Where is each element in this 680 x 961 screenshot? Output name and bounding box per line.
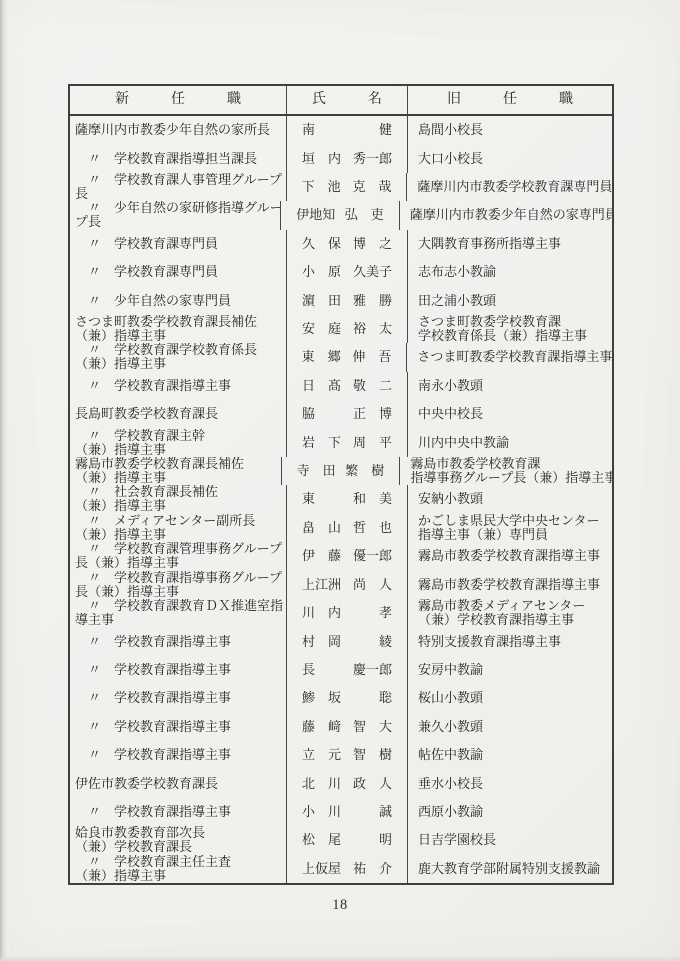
header-cell-old-position: 旧 任 職 <box>408 86 612 114</box>
given-name: 慶一郎 <box>353 663 392 677</box>
old-position-cell: 垂水小校長 <box>408 769 612 797</box>
table-row: 長島町教委学校教育課長脇正 博中央中校長 <box>70 400 612 428</box>
old-position-cell: 安房中教諭 <box>408 656 612 684</box>
table-row: 〃 学校教育課専門員久 保博 之大隅教育事務所指導主事 <box>70 230 612 258</box>
new-position-cell: 〃 学校教育課管理事務グループ 長（兼）指導主事 <box>70 542 286 570</box>
name-cell: 村 岡綾 <box>286 627 408 655</box>
name-cell: 畠 山哲 也 <box>286 514 408 542</box>
family-name: 上江洲 <box>302 578 341 592</box>
old-position-cell: 霧島市教委学校教育課指導主事 <box>408 542 612 570</box>
given-name: 裕 太 <box>353 322 392 336</box>
old-position-cell: 霧島市教委学校教育課指導主事 <box>408 571 612 599</box>
name-cell: 垣 内秀一郎 <box>286 144 408 172</box>
old-position-cell: 桜山小教頭 <box>408 684 612 712</box>
new-position-cell: 〃 学校教育課指導事務グループ 長（兼）指導主事 <box>70 571 286 599</box>
family-name: 長 <box>302 663 315 677</box>
name-cell: 寺 田繁 樹 <box>281 457 401 485</box>
given-name: 雅 勝 <box>353 294 392 308</box>
table-row: 〃 少年自然の家専門員濵 田雅 勝田之浦小教頭 <box>70 286 612 314</box>
name-cell: 伊 藤優一郎 <box>286 542 408 570</box>
given-name: 健 <box>379 123 392 137</box>
given-name: 明 <box>379 833 392 847</box>
table-row: 伊佐市教委学校教育課長北 川政 人垂水小校長 <box>70 769 612 797</box>
table-row: 〃 学校教育課専門員小 原久美子志布志小教諭 <box>70 258 612 286</box>
family-name: 川 内 <box>302 606 341 620</box>
name-cell: 藤 﨑智 大 <box>286 713 408 741</box>
new-position-cell: 〃 学校教育課指導主事 <box>70 798 286 826</box>
given-name: 繁 樹 <box>345 464 384 478</box>
new-position-cell: 〃 メディアセンター副所長 （兼）指導主事 <box>70 514 286 542</box>
new-position-cell: 〃 学校教育課指導主事 <box>70 741 286 769</box>
family-name: 立 元 <box>302 748 341 762</box>
family-name: 東 <box>302 492 315 506</box>
name-cell: 日 髙敬 二 <box>286 372 408 400</box>
given-name: 優一郎 <box>353 549 392 563</box>
name-cell: 南健 <box>286 116 408 144</box>
given-name: 尚 人 <box>353 578 392 592</box>
table-row: 〃 学校教育課指導主事立 元智 樹帖佐中教諭 <box>70 741 612 769</box>
given-name: 孝 <box>379 606 392 620</box>
table-row: 霧島市教委学校教育課長補佐 （兼）指導主事寺 田繁 樹霧島市教委学校教育課 指導… <box>70 457 612 485</box>
family-name: 下 池 <box>302 180 341 194</box>
table-row: 〃 学校教育課学校教育係長 （兼）指導主事東 郷伸 吾さつま町教委学校教育課指導… <box>70 343 612 371</box>
new-position-cell: 〃 学校教育課学校教育係長 （兼）指導主事 <box>70 343 286 371</box>
old-position-cell: 西原小教諭 <box>408 798 612 826</box>
old-position-cell: 帖佐中教諭 <box>408 741 612 769</box>
table-row: 〃 学校教育課指導事務グループ 長（兼）指導主事上江洲尚 人霧島市教委学校教育課… <box>70 571 612 599</box>
name-cell: 上江洲尚 人 <box>286 571 408 599</box>
given-name: 秀一郎 <box>353 152 392 166</box>
new-position-cell: 〃 少年自然の家専門員 <box>70 286 286 314</box>
family-name: 伊地知 <box>296 208 335 222</box>
name-cell: 伊地知弘 吏 <box>280 201 400 229</box>
family-name: 村 岡 <box>302 635 341 649</box>
family-name: 藤 﨑 <box>302 720 341 734</box>
old-position-cell: 安納小教頭 <box>408 485 612 513</box>
table-row: 〃 メディアセンター副所長 （兼）指導主事畠 山哲 也かごしま県民大学中央センタ… <box>70 514 612 542</box>
name-cell: 下 池克 哉 <box>286 173 408 201</box>
name-cell: 上仮屋祐 介 <box>286 855 408 883</box>
old-position-cell: さつま町教委学校教育課 学校教育係長（兼）指導主事 <box>408 315 612 343</box>
family-name: 東 郷 <box>302 350 341 364</box>
table-row: 〃 学校教育課指導主事小 川誠西原小教諭 <box>70 798 612 826</box>
new-position-cell: 長島町教委学校教育課長 <box>70 400 286 428</box>
name-cell: 東和 美 <box>286 485 408 513</box>
new-position-cell: 〃 学校教育課指導主事 <box>70 684 286 712</box>
name-cell: 濵 田雅 勝 <box>286 286 408 314</box>
new-position-cell: 薩摩川内市教委少年自然の家所長 <box>70 116 286 144</box>
new-position-cell: 〃 学校教育課専門員 <box>70 230 286 258</box>
given-name: 敬 二 <box>353 379 392 393</box>
old-position-cell: 大口小校長 <box>408 144 612 172</box>
name-cell: 鯵 坂聡 <box>286 684 408 712</box>
table-header-row: 新 任 職 氏 名 旧 任 職 <box>70 86 612 116</box>
given-name: 博 之 <box>353 237 392 251</box>
table-row: 〃 学校教育課人事管理グループ 長下 池克 哉薩摩川内市教委学校教育課専門員 <box>70 173 612 201</box>
table-row: さつま町教委学校教育課長補佐 （兼）指導主事安 庭裕 太さつま町教委学校教育課 … <box>70 315 612 343</box>
name-cell: 東 郷伸 吾 <box>286 343 408 371</box>
family-name: 畠 山 <box>302 521 341 535</box>
given-name: 伸 吾 <box>352 350 391 364</box>
family-name: 松 尾 <box>302 833 341 847</box>
table-row: 〃 学校教育課指導主事藤 﨑智 大兼久小教頭 <box>70 713 612 741</box>
family-name: 寺 田 <box>297 464 336 478</box>
old-position-cell: 霧島市教委メディアセンター （兼）学校教育課指導主事 <box>408 599 612 627</box>
name-cell: 小 原久美子 <box>286 258 408 286</box>
old-position-cell: 兼久小教頭 <box>408 713 612 741</box>
name-cell: 川 内孝 <box>286 599 408 627</box>
family-name: 小 川 <box>302 805 341 819</box>
name-cell: 脇正 博 <box>286 400 408 428</box>
family-name: 鯵 坂 <box>302 691 341 705</box>
new-position-cell: 伊佐市教委学校教育課長 <box>70 769 286 797</box>
old-position-cell: 南永小教頭 <box>408 372 612 400</box>
given-name: 弘 吏 <box>345 208 384 222</box>
scanned-document-page: 新 任 職 氏 名 旧 任 職 薩摩川内市教委少年自然の家所長南健島間小校長 〃… <box>0 0 680 961</box>
table-row: 〃 学校教育課指導主事鯵 坂聡桜山小教頭 <box>70 684 612 712</box>
given-name: 和 美 <box>353 492 392 506</box>
new-position-cell: 〃 学校教育課指導担当課長 <box>70 144 286 172</box>
old-position-cell: 大隅教育事務所指導主事 <box>408 230 612 258</box>
old-position-cell: 志布志小教諭 <box>408 258 612 286</box>
given-name: 周 平 <box>353 436 392 450</box>
old-position-cell: 霧島市教委学校教育課 指導事務グループ長（兼）指導主事 <box>400 457 612 485</box>
old-position-cell: 特別支援教育課指導主事 <box>408 627 612 655</box>
family-name: 小 原 <box>302 265 341 279</box>
table-row: 〃 学校教育課指導主事村 岡綾特別支援教育課指導主事 <box>70 627 612 655</box>
family-name: 上仮屋 <box>302 862 341 876</box>
name-cell: 岩 下周 平 <box>286 428 408 456</box>
given-name: 祐 介 <box>353 862 392 876</box>
given-name: 誠 <box>379 805 392 819</box>
given-name: 正 博 <box>353 407 392 421</box>
name-cell: 北 川政 人 <box>286 769 408 797</box>
new-position-cell: 〃 学校教育課教育ＤＸ推進室指 導主事 <box>70 599 286 627</box>
table-row: 〃 社会教育課長補佐 （兼）指導主事東和 美安納小教頭 <box>70 485 612 513</box>
given-name: 久美子 <box>353 265 392 279</box>
family-name: 南 <box>302 123 315 137</box>
given-name: 哲 也 <box>353 521 392 535</box>
table-row: 薩摩川内市教委少年自然の家所長南健島間小校長 <box>70 116 612 144</box>
new-position-cell: 霧島市教委学校教育課長補佐 （兼）指導主事 <box>70 457 281 485</box>
table-row: 〃 学校教育課管理事務グループ 長（兼）指導主事伊 藤優一郎霧島市教委学校教育課… <box>70 542 612 570</box>
table-row: 〃 学校教育課指導担当課長垣 内秀一郎大口小校長 <box>70 144 612 172</box>
family-name: 濵 田 <box>302 294 341 308</box>
page-number: 18 <box>0 897 680 914</box>
name-cell: 松 尾明 <box>286 826 408 854</box>
old-position-cell: 鹿大教育学部附属特別支援教諭 <box>408 855 612 883</box>
name-cell: 立 元智 樹 <box>286 741 408 769</box>
table-row: 〃 学校教育課主任主査 （兼）指導主事上仮屋祐 介鹿大教育学部附属特別支援教諭 <box>70 855 612 883</box>
name-cell: 小 川誠 <box>286 798 408 826</box>
new-position-cell: さつま町教委学校教育課長補佐 （兼）指導主事 <box>70 315 286 343</box>
old-position-cell: 島間小校長 <box>408 116 612 144</box>
new-position-cell: 〃 学校教育課主幹 （兼）指導主事 <box>70 428 286 456</box>
family-name: 岩 下 <box>302 436 341 450</box>
header-cell-name: 氏 名 <box>286 86 408 114</box>
name-cell: 長慶一郎 <box>286 656 408 684</box>
given-name: 智 大 <box>353 720 392 734</box>
table-row: 〃 学校教育課教育ＤＸ推進室指 導主事川 内孝霧島市教委メディアセンター （兼）… <box>70 599 612 627</box>
table-body: 薩摩川内市教委少年自然の家所長南健島間小校長 〃 学校教育課指導担当課長垣 内秀… <box>70 116 612 883</box>
old-position-cell: かごしま県民大学中央センター 指導主事（兼）専門員 <box>408 514 612 542</box>
new-position-cell: 姶良市教委教育部次長 （兼）学校教育課長 <box>70 826 286 854</box>
new-position-cell: 〃 学校教育課主任主査 （兼）指導主事 <box>70 855 286 883</box>
given-name: 政 人 <box>353 777 392 791</box>
new-position-cell: 〃 学校教育課指導主事 <box>70 656 286 684</box>
given-name: 聡 <box>379 691 392 705</box>
family-name: 安 庭 <box>302 322 341 336</box>
family-name: 北 川 <box>302 777 341 791</box>
personnel-transfer-table: 新 任 職 氏 名 旧 任 職 薩摩川内市教委少年自然の家所長南健島間小校長 〃… <box>68 84 614 885</box>
name-cell: 久 保博 之 <box>286 230 408 258</box>
given-name: 智 樹 <box>353 748 392 762</box>
scan-left-edge-shadow <box>0 0 9 961</box>
table-row: 〃 学校教育課主幹 （兼）指導主事岩 下周 平川内中央中教諭 <box>70 428 612 456</box>
new-position-cell: 〃 学校教育課専門員 <box>70 258 286 286</box>
new-position-cell: 〃 学校教育課人事管理グループ 長 <box>70 173 286 201</box>
old-position-cell: さつま町教委学校教育課指導主事 <box>407 343 612 371</box>
table-row: 〃 学校教育課指導主事長慶一郎安房中教諭 <box>70 656 612 684</box>
given-name: 綾 <box>379 635 392 649</box>
new-position-cell: 〃 学校教育課指導主事 <box>70 372 286 400</box>
table-row: 姶良市教委教育部次長 （兼）学校教育課長松 尾明日吉学園校長 <box>70 826 612 854</box>
old-position-cell: 川内中央中教諭 <box>408 428 612 456</box>
scan-bottom-edge-shadow <box>0 955 680 961</box>
header-cell-new-position: 新 任 職 <box>70 86 286 114</box>
new-position-cell: 〃 学校教育課指導主事 <box>70 627 286 655</box>
name-cell: 安 庭裕 太 <box>286 315 408 343</box>
new-position-cell: 〃 社会教育課長補佐 （兼）指導主事 <box>70 485 286 513</box>
family-name: 伊 藤 <box>302 549 341 563</box>
old-position-cell: 中央中校長 <box>408 400 612 428</box>
old-position-cell: 田之浦小教頭 <box>408 286 612 314</box>
given-name: 克 哉 <box>352 180 391 194</box>
family-name: 脇 <box>302 407 315 421</box>
old-position-cell: 薩摩川内市教委少年自然の家専門員 <box>400 201 612 229</box>
table-row: 〃 学校教育課指導主事日 髙敬 二南永小教頭 <box>70 372 612 400</box>
family-name: 久 保 <box>302 237 341 251</box>
new-position-cell: 〃 学校教育課指導主事 <box>70 713 286 741</box>
old-position-cell: 薩摩川内市教委学校教育課専門員 <box>407 173 612 201</box>
family-name: 日 髙 <box>302 379 341 393</box>
table-row: 〃 少年自然の家研修指導グルー プ長伊地知弘 吏薩摩川内市教委少年自然の家専門員 <box>70 201 612 229</box>
new-position-cell: 〃 少年自然の家研修指導グルー プ長 <box>70 201 280 229</box>
family-name: 垣 内 <box>302 152 341 166</box>
old-position-cell: 日吉学園校長 <box>408 826 612 854</box>
